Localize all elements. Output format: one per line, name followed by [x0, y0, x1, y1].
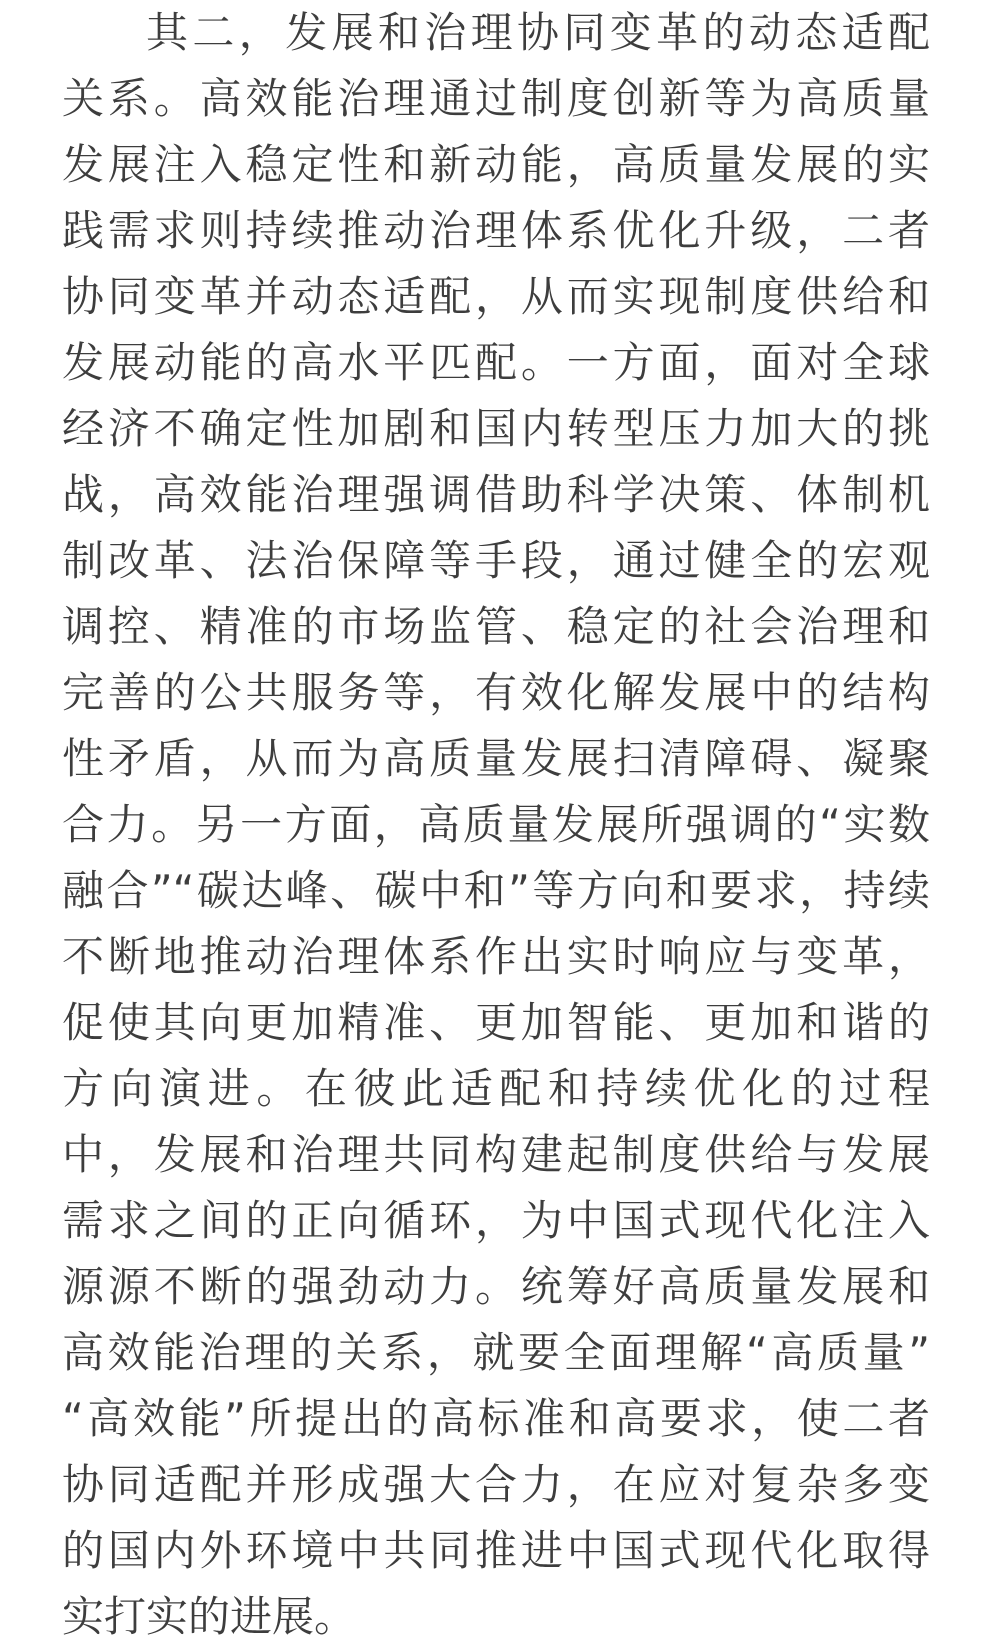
text-line: 调控、精准的市场监管、稳定的社会治理和 — [62, 594, 930, 660]
text-line: 经济不确定性加剧和国内转型压力加大的挑 — [62, 396, 930, 462]
text-line: 实打实的进展。 — [62, 1584, 930, 1642]
page: { "page": { "background_color": "#ffffff… — [0, 0, 999, 1642]
text-line: 不断地推动治理体系作出实时响应与变革， — [62, 924, 930, 990]
text-line: 的国内外环境中共同推进中国式现代化取得 — [62, 1518, 930, 1584]
text-line: 方向演进。在彼此适配和持续优化的过程 — [62, 1056, 930, 1122]
text-line: 战，高效能治理强调借助科学决策、体制机 — [62, 462, 930, 528]
text-line: 关系。高效能治理通过制度创新等为高质量 — [62, 66, 930, 132]
text-line: 源源不断的强劲动力。统筹好高质量发展和 — [62, 1254, 930, 1320]
text-line: 协同适配并形成强大合力，在应对复杂多变 — [62, 1452, 930, 1518]
text-line: 发展注入稳定性和新动能，高质量发展的实 — [62, 132, 930, 198]
text-line: 发展动能的高水平匹配。一方面，面对全球 — [62, 330, 930, 396]
article-body: 其二，发展和治理协同变革的动态适配关系。高效能治理通过制度创新等为高质量发展注入… — [0, 0, 999, 1642]
text-line: “高效能”所提出的高标准和高要求，使二者 — [62, 1386, 930, 1452]
text-line: 需求之间的正向循环，为中国式现代化注入 — [62, 1188, 930, 1254]
text-line: 制改革、法治保障等手段，通过健全的宏观 — [62, 528, 930, 594]
text-line: 合力。另一方面，高质量发展所强调的“实数 — [62, 792, 930, 858]
text-line: 中，发展和治理共同构建起制度供给与发展 — [62, 1122, 930, 1188]
text-line: 践需求则持续推动治理体系优化升级，二者 — [62, 198, 930, 264]
text-line: 促使其向更加精准、更加智能、更加和谐的 — [62, 990, 930, 1056]
text-line: 融合”“碳达峰、碳中和”等方向和要求，持续 — [62, 858, 930, 924]
text-line: 完善的公共服务等，有效化解发展中的结构 — [62, 660, 930, 726]
text-line: 其二，发展和治理协同变革的动态适配 — [62, 0, 930, 66]
text-line: 高效能治理的关系，就要全面理解“高质量” — [62, 1320, 930, 1386]
text-line: 协同变革并动态适配，从而实现制度供给和 — [62, 264, 930, 330]
text-line: 性矛盾，从而为高质量发展扫清障碍、凝聚 — [62, 726, 930, 792]
